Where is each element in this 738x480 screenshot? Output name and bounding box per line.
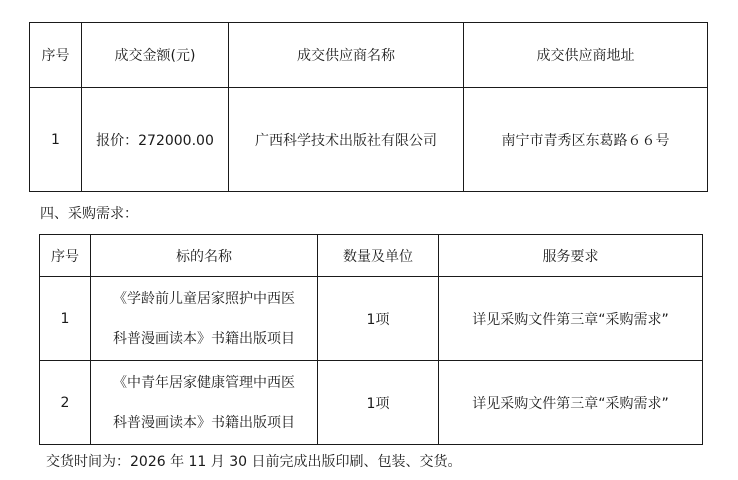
item-name-line1: 《学龄前儿童居家照护中西医 [91,279,317,319]
cell-service: 详见采购文件第三章“采购需求” [439,277,703,361]
cell-supplier-name: 广西科学技术出版社有限公司 [229,88,464,192]
cell-no: 1 [40,277,91,361]
cell-supplier-address: 南宁市青秀区东葛路６６号 [464,88,708,192]
cell-item-name: 《学龄前儿童居家照护中西医 科普漫画读本》书籍出版项目 [91,277,318,361]
cell-item-name: 《中青年居家健康管理中西医 科普漫画读本》书籍出版项目 [91,361,318,445]
header-amount: 成交金额(元) [82,23,229,88]
header-quantity: 数量及单位 [318,235,439,277]
table-row: 1 报价：272000.00 广西科学技术出版社有限公司 南宁市青秀区东葛路６６… [30,88,708,192]
header-service: 服务要求 [439,235,703,277]
header-supplier-address: 成交供应商地址 [464,23,708,88]
table-header-row: 序号 标的名称 数量及单位 服务要求 [40,235,703,277]
header-item-name: 标的名称 [91,235,318,277]
item-name-line2: 科普漫画读本》书籍出版项目 [91,319,317,359]
cell-quantity: 1项 [318,361,439,445]
header-no: 序号 [40,235,91,277]
cell-amount: 报价：272000.00 [82,88,229,192]
header-no: 序号 [30,23,82,88]
cell-quantity: 1项 [318,277,439,361]
table-header-row: 序号 成交金额(元) 成交供应商名称 成交供应商地址 [30,23,708,88]
cell-service: 详见采购文件第三章“采购需求” [439,361,703,445]
item-name-line1: 《中青年居家健康管理中西医 [91,363,317,403]
deal-result-table: 序号 成交金额(元) 成交供应商名称 成交供应商地址 1 报价：272000.0… [29,22,708,192]
requirements-table: 序号 标的名称 数量及单位 服务要求 1 《学龄前儿童居家照护中西医 科普漫画读… [39,234,703,445]
cell-no: 1 [30,88,82,192]
section-title: 四、采购需求： [40,203,138,223]
table-row: 1 《学龄前儿童居家照护中西医 科普漫画读本》书籍出版项目 1项 详见采购文件第… [40,277,703,361]
delivery-note: 交货时间为：2026 年 11 月 30 日前完成出版印刷、包装、交货。 [46,451,462,471]
item-name-line2: 科普漫画读本》书籍出版项目 [91,403,317,443]
cell-no: 2 [40,361,91,445]
table-row: 2 《中青年居家健康管理中西医 科普漫画读本》书籍出版项目 1项 详见采购文件第… [40,361,703,445]
header-supplier-name: 成交供应商名称 [229,23,464,88]
